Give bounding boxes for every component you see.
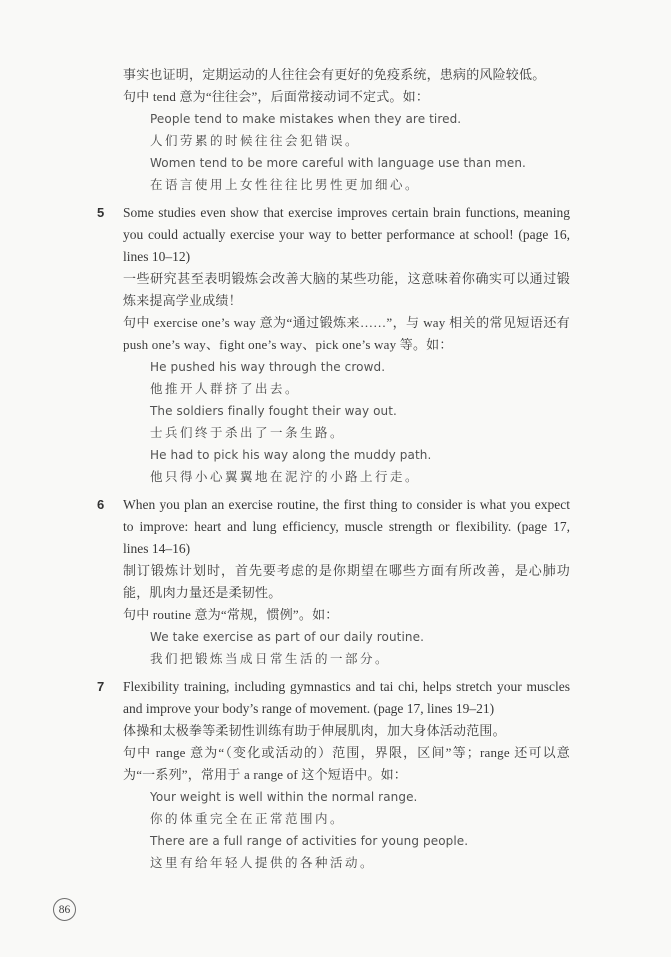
example-sentence-en: Women tend to be more careful with langu… — [150, 152, 570, 174]
example-sentence-en: Your weight is well within the normal ra… — [150, 786, 570, 808]
example-sentence-zh: 士兵们终于杀出了一条生路。 — [150, 422, 570, 444]
item-examples: He pushed his way through the crowd. 他推开… — [123, 356, 570, 488]
example-sentence-en: We take exercise as part of our daily ro… — [150, 626, 570, 648]
example-sentence-en: He pushed his way through the crowd. — [150, 356, 570, 378]
item-note: 句中 range 意为“（变化或活动的）范围，界限，区间”等；range 还可以… — [123, 742, 570, 786]
example-sentence-zh: 他推开人群挤了出去。 — [150, 378, 570, 400]
intro-examples: People tend to make mistakes when they a… — [123, 108, 570, 196]
example-sentence-zh: 人们劳累的时候往往会犯错误。 — [150, 130, 570, 152]
item-body: Some studies even show that exercise imp… — [123, 202, 570, 488]
item-sentence: When you plan an exercise routine, the f… — [123, 494, 570, 560]
numbered-item-5: 5 Some studies even show that exercise i… — [97, 202, 570, 488]
intro-translation: 事实也证明，定期运动的人往往会有更好的免疫系统，患病的风险较低。 — [123, 64, 570, 86]
example-sentence-en: He had to pick his way along the muddy p… — [150, 444, 570, 466]
numbered-item-7: 7 Flexibility training, including gymnas… — [97, 676, 570, 874]
item-note: 句中 routine 意为“常规，惯例”。如： — [123, 604, 570, 626]
page-number-text: 86 — [59, 904, 71, 916]
intro-note: 句中 tend 意为“往往会”，后面常接动词不定式。如： — [123, 86, 570, 108]
example-sentence-zh: 你的体重完全在正常范围内。 — [150, 808, 570, 830]
example-sentence-en: There are a full range of activities for… — [150, 830, 570, 852]
item-translation: 体操和太极拳等柔韧性训练有助于伸展肌肉，加大身体活动范围。 — [123, 720, 570, 742]
intro-block: 事实也证明，定期运动的人往往会有更好的免疫系统，患病的风险较低。 句中 tend… — [123, 64, 570, 196]
example-sentence-en: The soldiers finally fought their way ou… — [150, 400, 570, 422]
page-content: 事实也证明，定期运动的人往往会有更好的免疫系统，患病的风险较低。 句中 tend… — [97, 64, 570, 874]
item-sentence: Some studies even show that exercise imp… — [123, 202, 570, 268]
item-note: 句中 exercise one’s way 意为“通过锻炼来……”，与 way … — [123, 312, 570, 356]
item-translation: 一些研究甚至表明锻炼会改善大脑的某些功能，这意味着你确实可以通过锻炼来提高学业成… — [123, 268, 570, 312]
item-number: 7 — [97, 676, 123, 874]
item-number: 6 — [97, 494, 123, 670]
example-sentence-zh: 在语言使用上女性往往比男性更加细心。 — [150, 174, 570, 196]
item-body: Flexibility training, including gymnasti… — [123, 676, 570, 874]
item-examples: Your weight is well within the normal ra… — [123, 786, 570, 874]
textbook-page: 事实也证明，定期运动的人往往会有更好的免疫系统，患病的风险较低。 句中 tend… — [0, 0, 671, 957]
item-body: When you plan an exercise routine, the f… — [123, 494, 570, 670]
item-translation: 制订锻炼计划时，首先要考虑的是你期望在哪些方面有所改善，是心肺功能，肌肉力量还是… — [123, 560, 570, 604]
numbered-item-6: 6 When you plan an exercise routine, the… — [97, 494, 570, 670]
example-sentence-zh: 我们把锻炼当成日常生活的一部分。 — [150, 648, 570, 670]
item-examples: We take exercise as part of our daily ro… — [123, 626, 570, 670]
example-sentence-zh: 这里有给年轻人提供的各种活动。 — [150, 852, 570, 874]
item-sentence: Flexibility training, including gymnasti… — [123, 676, 570, 720]
page-number-badge: 86 — [53, 898, 76, 921]
example-sentence-zh: 他只得小心翼翼地在泥泞的小路上行走。 — [150, 466, 570, 488]
example-sentence-en: People tend to make mistakes when they a… — [150, 108, 570, 130]
item-number: 5 — [97, 202, 123, 488]
